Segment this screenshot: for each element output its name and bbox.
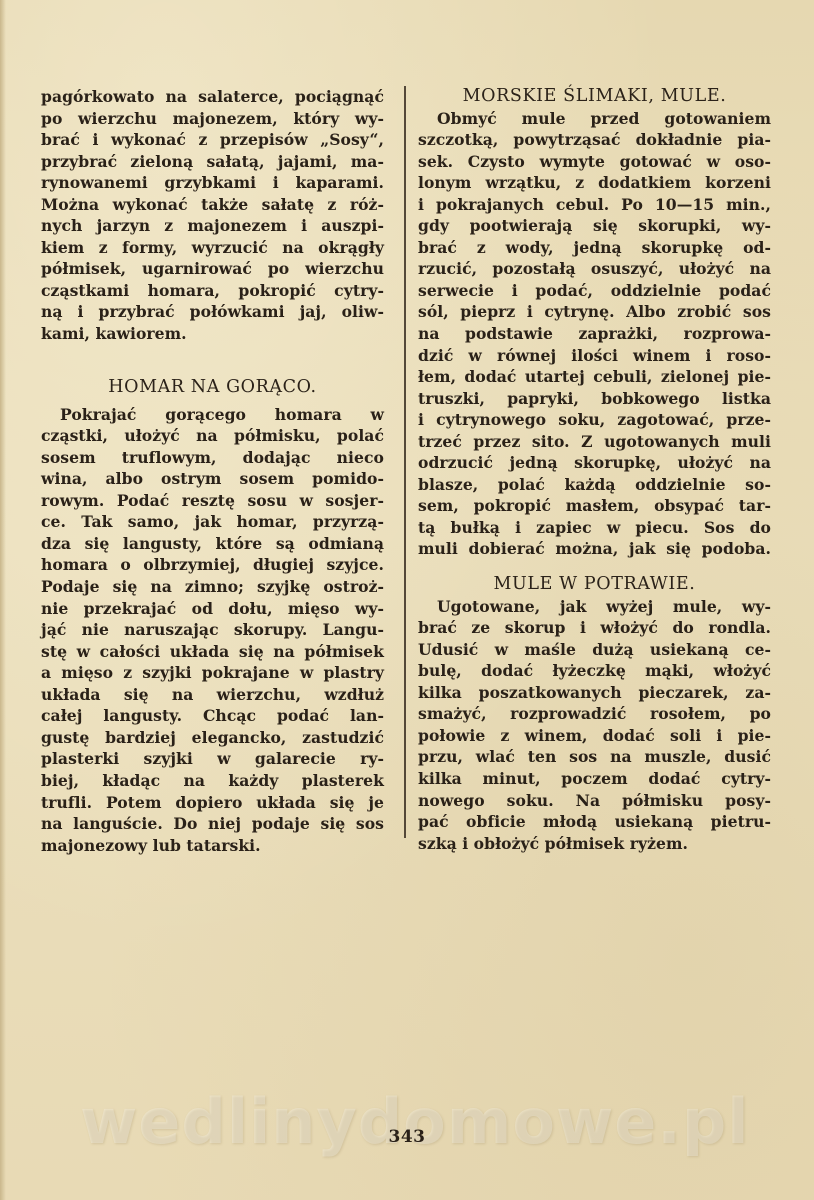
text-line: a mięso z szyjki pokrajane w plastry bbox=[41, 662, 384, 684]
spacer bbox=[41, 366, 384, 377]
text-line: Ugotowane, jak wyżej mule, wy- bbox=[418, 596, 771, 618]
text-line: Można wykonać także sałatę z róż- bbox=[41, 194, 384, 216]
recipe-title: MULE W POTRAWIE. bbox=[418, 574, 771, 596]
text-line: na languście. Do niej podaje się sos bbox=[41, 813, 384, 835]
text-line: nowego soku. Na półmisku posy- bbox=[418, 790, 771, 812]
text-line: po wierzchu majonezem, który wy- bbox=[41, 108, 384, 130]
text-line: bulę, dodać łyżeczkę mąki, włożyć bbox=[418, 660, 771, 682]
text-line: i pokrajanych cebul. Po 10—15 min., bbox=[418, 194, 771, 216]
spacer bbox=[418, 560, 771, 574]
text-line: szczotką, powytrząsać dokładnie pia- bbox=[418, 129, 771, 151]
text-line: nych jarzyn z majonezem i auszpi- bbox=[41, 215, 384, 237]
text-line: serwecie i podać, oddzielnie podać bbox=[418, 280, 771, 302]
text-line: smażyć, rozprowadzić rosołem, po bbox=[418, 703, 771, 725]
text-line: sem, pokropić masłem, obsypać tar- bbox=[418, 495, 771, 517]
text-line: brać z wody, jedną skorupkę od- bbox=[418, 237, 771, 259]
text-line: cząstki, ułożyć na półmisku, polać bbox=[41, 425, 384, 447]
right-column: MORSKIE ŚLIMAKI, MULE. Obmyć mule przed … bbox=[418, 86, 771, 854]
text-line: na podstawie zaprażki, rozprowa- bbox=[418, 323, 771, 345]
text-line: półmisek, ugarnirować po wierzchu bbox=[41, 258, 384, 280]
column-divider bbox=[404, 86, 406, 838]
text-line: i cytrynowego soku, zagotować, prze- bbox=[418, 409, 771, 431]
text-line: szką i obłożyć półmisek ryżem. bbox=[418, 833, 771, 855]
watermark: wedlinydomowe.pl bbox=[80, 1085, 740, 1158]
text-line: majonezowy lub tatarski. bbox=[41, 835, 384, 857]
continued-recipe-text: pagórkowato na salaterce, pociągnąć po w… bbox=[41, 86, 384, 345]
text-line: sól, pieprz i cytrynę. Albo zrobić sos bbox=[418, 301, 771, 323]
text-line: lonym wrzątku, z dodatkiem korzeni bbox=[418, 172, 771, 194]
text-line: cząstkami homara, pokropić cytry- bbox=[41, 280, 384, 302]
text-line: muli dobierać można, jak się podoba. bbox=[418, 538, 771, 560]
text-line: pagórkowato na salaterce, pociągnąć bbox=[41, 86, 384, 108]
text-line: gdy pootwierają się skorupki, wy- bbox=[418, 215, 771, 237]
text-line: tą bułką i zapiec w piecu. Sos do bbox=[418, 517, 771, 539]
text-line: jąć nie naruszając skorupy. Langu- bbox=[41, 619, 384, 641]
text-line: połowie z winem, dodać soli i pie- bbox=[418, 725, 771, 747]
recipe-homar-na-goraco: HOMAR NA GORĄCO. Pokrajać gorącego homar… bbox=[41, 377, 384, 856]
recipe-title: HOMAR NA GORĄCO. bbox=[41, 377, 384, 399]
text-line: rzucić, pozostałą osuszyć, ułożyć na bbox=[418, 258, 771, 280]
text-line: stę w całości układa się na półmisek bbox=[41, 641, 384, 663]
text-line: pać obficie młodą usiekaną pietru- bbox=[418, 811, 771, 833]
text-line: dza się langusty, które są odmianą bbox=[41, 533, 384, 555]
recipe-morskie-slimaki-mule: MORSKIE ŚLIMAKI, MULE. Obmyć mule przed … bbox=[418, 86, 771, 560]
text-line: przu, wlać ten sos na muszle, dusić bbox=[418, 746, 771, 768]
text-line: rynowanemi grzybkami i kaparami. bbox=[41, 172, 384, 194]
text-line: całej langusty. Chcąc podać lan- bbox=[41, 705, 384, 727]
text-line: blasze, polać każdą oddzielnie so- bbox=[418, 474, 771, 496]
text-line: ną i przybrać połówkami jaj, oliw- bbox=[41, 301, 384, 323]
text-line: Obmyć mule przed gotowaniem bbox=[418, 108, 771, 130]
text-line: homara o olbrzymiej, długiej szyjce. bbox=[41, 554, 384, 576]
text-line: truszki, papryki, bobkowego listka bbox=[418, 388, 771, 410]
text-line: trufli. Potem dopiero układa się je bbox=[41, 792, 384, 814]
text-line: odrzucić jedną skorupkę, ułożyć na bbox=[418, 452, 771, 474]
text-line: Podaje się na zimno; szyjkę ostroż- bbox=[41, 576, 384, 598]
text-line: dzić w równej ilości winem i roso- bbox=[418, 345, 771, 367]
text-line: Udusić w maśle dużą usiekaną ce- bbox=[418, 639, 771, 661]
text-line: wina, albo ostrym sosem pomido- bbox=[41, 468, 384, 490]
spacer bbox=[41, 345, 384, 367]
text-line: kilka poszatkowanych pieczarek, za- bbox=[418, 682, 771, 704]
book-page: pagórkowato na salaterce, pociągnąć po w… bbox=[0, 0, 814, 1200]
text-line: biej, kładąc na każdy plasterek bbox=[41, 770, 384, 792]
page-number: 343 bbox=[0, 1127, 814, 1147]
text-line: sosem truflowym, dodając nieco bbox=[41, 447, 384, 469]
text-line: Pokrajać gorącego homara w bbox=[41, 404, 384, 426]
text-line: układa się na wierzchu, wzdłuż bbox=[41, 684, 384, 706]
text-line: kilka minut, poczem dodać cytry- bbox=[418, 768, 771, 790]
text-line: rowym. Podać resztę sosu w sosjer- bbox=[41, 490, 384, 512]
recipe-title: MORSKIE ŚLIMAKI, MULE. bbox=[418, 86, 771, 108]
text-line: łem, dodać utartej cebuli, zielonej pie- bbox=[418, 366, 771, 388]
text-line: kami, kawiorem. bbox=[41, 323, 384, 345]
text-line: ce. Tak samo, jak homar, przyrzą- bbox=[41, 511, 384, 533]
text-line: nie przekrajać od dołu, mięso wy- bbox=[41, 598, 384, 620]
left-column: pagórkowato na salaterce, pociągnąć po w… bbox=[41, 86, 384, 856]
text-line: brać ze skorup i włożyć do rondla. bbox=[418, 617, 771, 639]
text-line: gustę bardziej elegancko, zastudzić bbox=[41, 727, 384, 749]
text-line: przybrać zieloną sałatą, jajami, ma- bbox=[41, 151, 384, 173]
text-line: brać i wykonać z przepisów „Sosy“, bbox=[41, 129, 384, 151]
recipe-mule-w-potrawie: MULE W POTRAWIE. Ugotowane, jak wyżej mu… bbox=[418, 574, 771, 854]
text-line: sek. Czysto wymyte gotować w oso- bbox=[418, 151, 771, 173]
text-line: trzeć przez sito. Z ugotowanych muli bbox=[418, 431, 771, 453]
text-line: kiem z formy, wyrzucić na okrągły bbox=[41, 237, 384, 259]
text-line: plasterki szyjki w galarecie ry- bbox=[41, 748, 384, 770]
